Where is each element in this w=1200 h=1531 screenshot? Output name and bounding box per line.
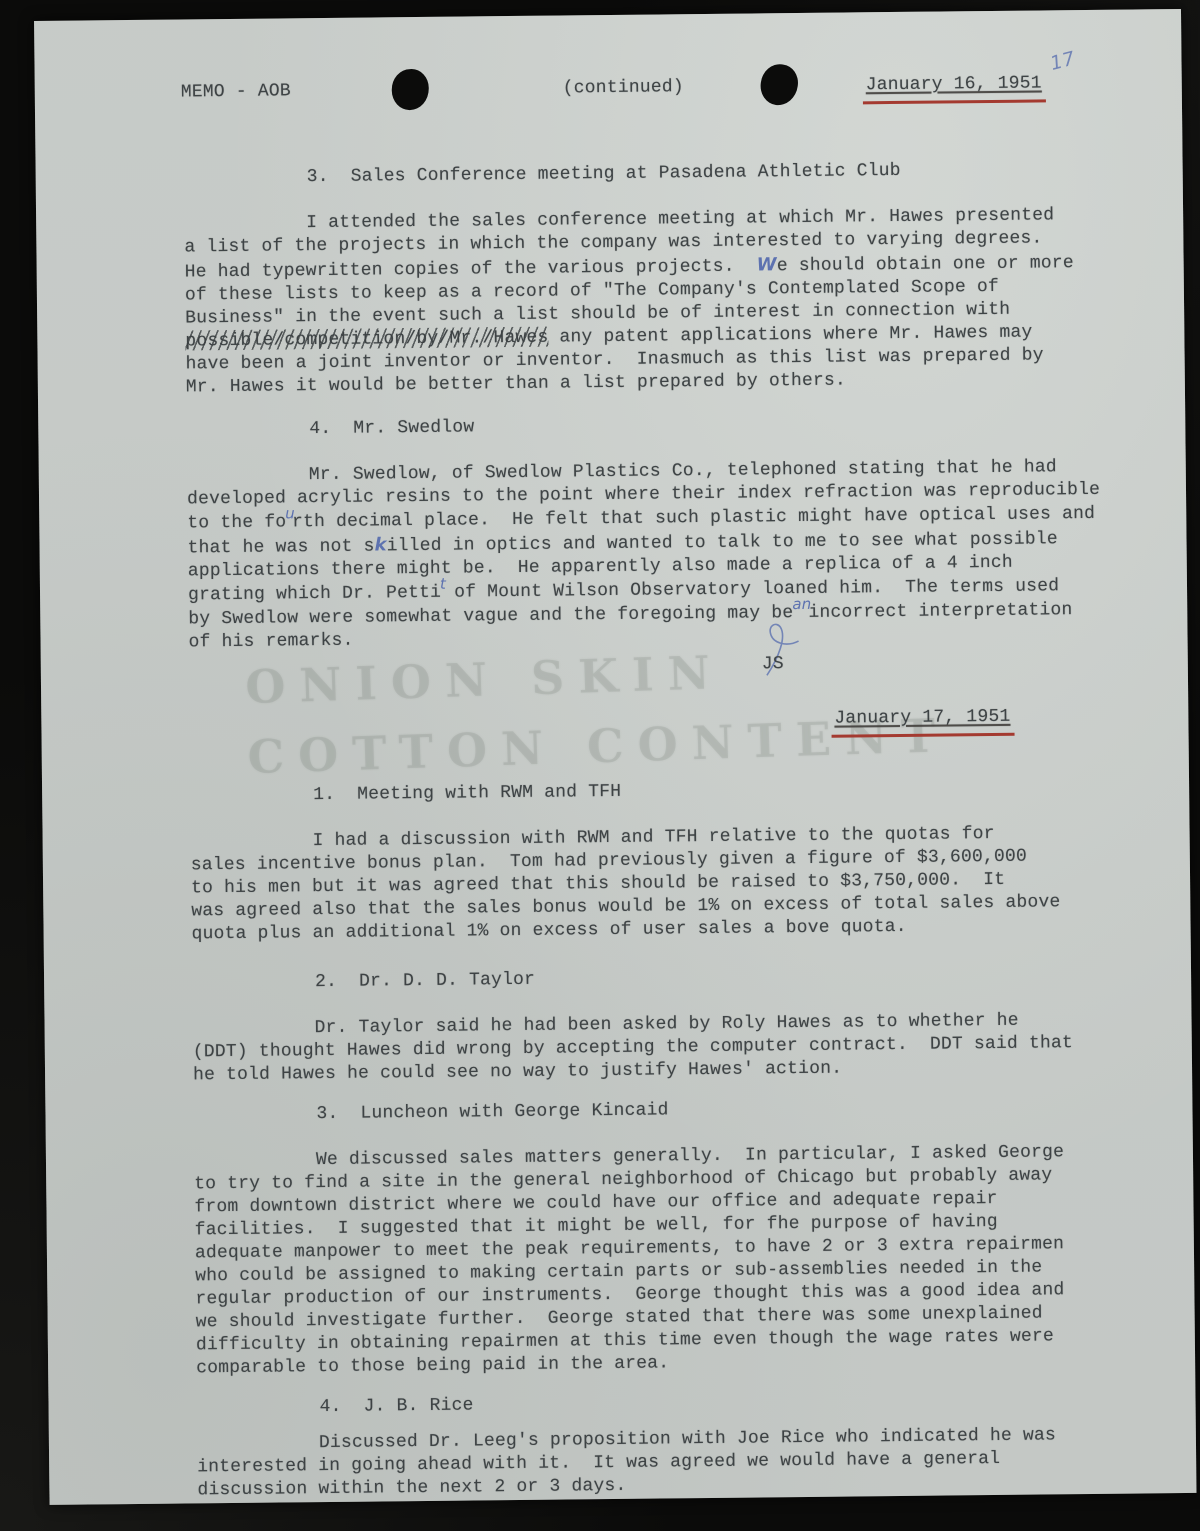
red-ink-underline: January 16, 1951: [863, 72, 1046, 104]
memo-page: ONION SKIN COTTON CONTENT MEMO - AOB (co…: [34, 9, 1196, 1505]
handwritten-page-number: 17: [1048, 48, 1078, 76]
paragraph-sales-conference: I attended the sales conference meeting …: [184, 204, 1134, 400]
date-jan-16: January 16, 1951: [866, 72, 1042, 104]
continued-label: (continued): [563, 76, 684, 100]
handwritten-t-insert: t: [440, 574, 446, 592]
heading-mr-swedlow: 4. Mr. Swedlow: [309, 416, 474, 441]
heading-luncheon-kincaid: 3. Luncheon with George Kincaid: [316, 1099, 668, 1126]
struck-out-text: possible/competition/by/Mr./Hawes: [185, 328, 548, 352]
red-ink-underline: January 17, 1951: [831, 706, 1014, 738]
handwritten-an-insert: an: [792, 595, 811, 613]
handwritten-w-correction: W: [757, 254, 777, 275]
typed-initials: JS: [762, 653, 784, 676]
heading-meeting-rwm-tfh: 1. Meeting with RWM and TFH: [313, 781, 621, 807]
heading-dr-taylor: 2. Dr. D. D. Taylor: [315, 969, 535, 994]
handwritten-k-correction: k: [374, 534, 386, 555]
paragraph-mr-swedlow: Mr. Swedlow, of Swedlow Plastics Co., te…: [187, 456, 1137, 655]
heading-jb-rice: 4. J. B. Rice: [319, 1394, 473, 1419]
paragraph-dr-taylor: Dr. Taylor said he had been asked by Rol…: [192, 1008, 1141, 1087]
heading-sales-conference: 3. Sales Conference meeting at Pasadena …: [307, 160, 901, 189]
memo-label: MEMO - AOB: [181, 80, 291, 104]
scanned-photo: { "header": { "memo_label": "MEMO - AOB"…: [0, 0, 1200, 1531]
paragraph-luncheon-kincaid: We discussed sales matters generally. In…: [194, 1140, 1144, 1380]
handwritten-u-insert: u: [285, 504, 295, 522]
paragraph-jb-rice: Discussed Dr. Leeg's proposition with Jo…: [197, 1423, 1146, 1502]
date-jan-17: January 17, 1951: [834, 706, 1010, 738]
punch-hole-right: [758, 62, 800, 107]
paragraph-meeting-rwm-tfh: I had a discussion with RWM and TFH rela…: [191, 821, 1140, 946]
punch-hole-left: [392, 69, 429, 110]
